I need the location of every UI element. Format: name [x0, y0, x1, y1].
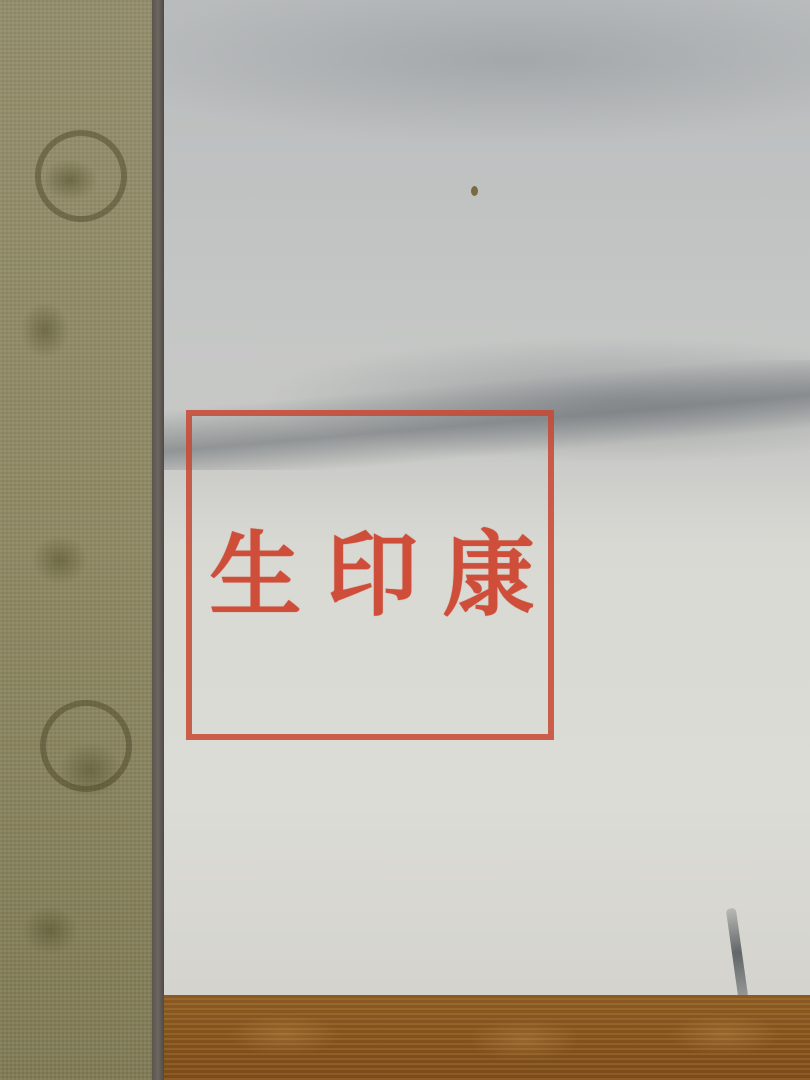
brown-brocade-mounting	[164, 995, 810, 1080]
mounting-edge-strip	[152, 0, 164, 1080]
paper-speck	[471, 186, 478, 196]
seal-character: 印	[326, 529, 414, 621]
seal-column-right: 康	[431, 422, 542, 728]
seal-column-middle: 印	[315, 422, 426, 728]
silk-pattern-ring	[40, 700, 132, 792]
silk-pattern-ring	[35, 130, 127, 222]
seal-character: 生	[209, 529, 297, 621]
red-seal-impression: 生 印 康	[186, 410, 554, 740]
seal-column-left: 生	[198, 422, 309, 728]
seal-character: 康	[443, 529, 531, 621]
olive-silk-mounting	[0, 0, 152, 1080]
